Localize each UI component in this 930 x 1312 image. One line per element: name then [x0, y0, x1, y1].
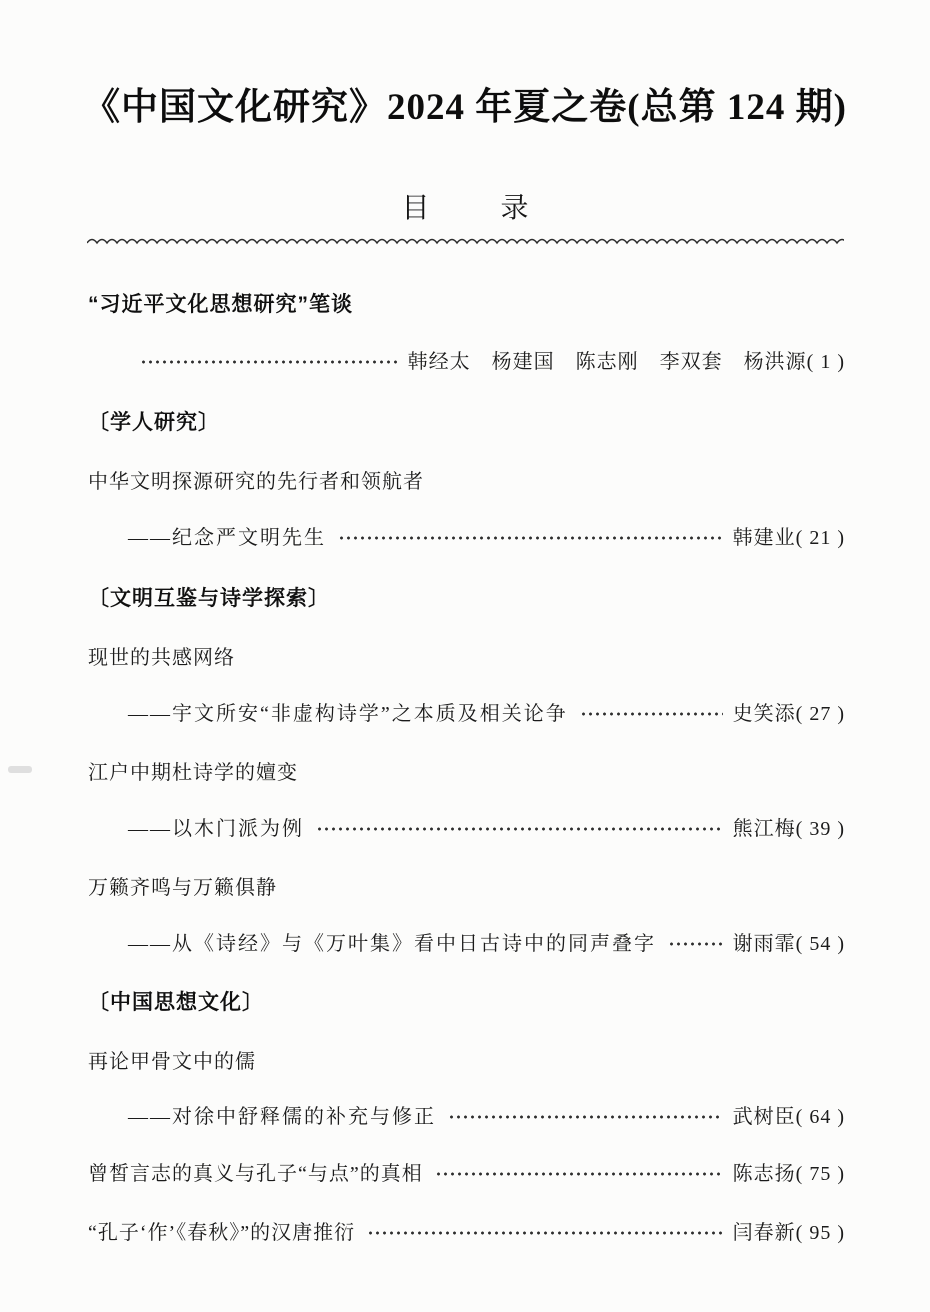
section-heading: 〔文明互鉴与诗学探索〕: [88, 587, 330, 610]
section-heading-row: 〔中国思想文化〕: [88, 990, 845, 1016]
article-ref: 武树臣( 64 ): [733, 1104, 845, 1130]
article-subtitle-row: ——宇文所安“非虚构诗学”之本质及相关论争 史笑添( 27 ): [88, 701, 845, 727]
article-title: 中华文明探源研究的先行者和领航者: [88, 471, 424, 493]
article-single-line-row: “孔子‘作’《春秋》”的汉唐推衍 闫春新( 95 ): [88, 1220, 845, 1246]
section-heading: 〔中国思想文化〕: [88, 991, 264, 1014]
article-title: 曾皙言志的真义与孔子“与点”的真相: [88, 1161, 423, 1187]
authors: 史笑添: [733, 703, 796, 725]
authors: 谢雨霏: [733, 933, 796, 955]
dot-leader: [580, 710, 723, 718]
page-number: ( 21 ): [796, 527, 845, 549]
wavy-divider-path: [87, 240, 844, 244]
page-number: ( 64 ): [796, 1106, 845, 1128]
authors: 熊江梅: [733, 818, 796, 840]
article-title: 万籁齐鸣与万籁俱静: [88, 877, 277, 899]
article-title-row: 万籁齐鸣与万籁俱静: [88, 875, 845, 901]
dot-leader: [367, 1229, 723, 1237]
article-title-row: 江户中期杜诗学的嬗变: [88, 760, 845, 786]
article-subtitle-row: ——以木门派为例 熊江梅( 39 ): [88, 816, 845, 842]
dot-leader: [316, 825, 723, 833]
section-heading-row: 〔文明互鉴与诗学探索〕: [88, 586, 845, 612]
article-subtitle: ——对徐中舒释儒的补充与修正: [128, 1104, 436, 1130]
article-subtitle-row: ——纪念严文明先生 韩建业( 21 ): [88, 525, 845, 551]
toc-title: 目 录: [0, 186, 930, 226]
toc-title-char-mu: 目: [401, 186, 429, 226]
article-ref: 陈志扬( 75 ): [733, 1161, 845, 1187]
page-number: ( 1 ): [807, 351, 845, 373]
article-single-line-row: 曾皙言志的真义与孔子“与点”的真相 陈志扬( 75 ): [88, 1161, 845, 1187]
feature-ref: 韩经太 杨建国 陈志刚 李双套 杨洪源( 1 ): [408, 349, 845, 375]
wavy-divider: [87, 234, 844, 248]
authors: 闫春新: [733, 1222, 796, 1244]
dot-leader: [140, 358, 398, 366]
article-title-row: 中华文明探源研究的先行者和领航者: [88, 469, 845, 495]
feature-authors-row: 韩经太 杨建国 陈志刚 李双套 杨洪源( 1 ): [88, 349, 845, 375]
article-ref: 谢雨霏( 54 ): [733, 931, 845, 957]
toc-title-char-lu: 录: [501, 186, 529, 226]
article-subtitle-row: ——对徐中舒释儒的补充与修正 武树臣( 64 ): [88, 1104, 845, 1130]
dot-leader: [668, 940, 723, 948]
article-title: 江户中期杜诗学的嬗变: [88, 762, 298, 784]
page-number: ( 75 ): [796, 1163, 845, 1185]
article-ref: 韩建业( 21 ): [733, 525, 845, 551]
authors: 武树臣: [733, 1106, 796, 1128]
article-subtitle-row: ——从《诗经》与《万叶集》看中日古诗中的同声叠字 谢雨霏( 54 ): [88, 931, 845, 957]
scan-smudge: [8, 766, 32, 773]
article-subtitle: ——以木门派为例: [128, 816, 304, 842]
article-ref: 闫春新( 95 ): [733, 1220, 845, 1246]
article-title: 现世的共感网络: [88, 647, 235, 669]
authors: 韩经太 杨建国 陈志刚 李双套 杨洪源: [408, 351, 807, 373]
article-title-row: 再论甲骨文中的儒: [88, 1049, 845, 1075]
page-number: ( 95 ): [796, 1222, 845, 1244]
dot-leader: [448, 1113, 723, 1121]
article-ref: 史笑添( 27 ): [733, 701, 845, 727]
article-subtitle: ——从《诗经》与《万叶集》看中日古诗中的同声叠字: [128, 931, 656, 957]
toc-page: 《中国文化研究》2024 年夏之卷(总第 124 期) 目 录 “习近平文化思想…: [0, 0, 930, 1312]
page-number: ( 54 ): [796, 933, 845, 955]
feature-heading-row: “习近平文化思想研究”笔谈: [88, 292, 845, 318]
page-number: ( 27 ): [796, 703, 845, 725]
feature-heading: “习近平文化思想研究”笔谈: [88, 293, 353, 316]
article-title: “孔子‘作’《春秋》”的汉唐推衍: [88, 1220, 355, 1246]
article-title-row: 现世的共感网络: [88, 645, 845, 671]
article-subtitle: ——纪念严文明先生: [128, 525, 326, 551]
page-number: ( 39 ): [796, 818, 845, 840]
section-heading-row: 〔学人研究〕: [88, 410, 845, 436]
article-subtitle: ——宇文所安“非虚构诗学”之本质及相关论争: [128, 701, 568, 727]
article-title: 再论甲骨文中的儒: [88, 1051, 256, 1073]
dot-leader: [435, 1170, 723, 1178]
section-heading: 〔学人研究〕: [88, 411, 220, 434]
journal-title: 《中国文化研究》2024 年夏之卷(总第 124 期): [0, 76, 930, 130]
dot-leader: [338, 534, 723, 542]
article-ref: 熊江梅( 39 ): [733, 816, 845, 842]
authors: 陈志扬: [733, 1163, 796, 1185]
authors: 韩建业: [733, 527, 796, 549]
